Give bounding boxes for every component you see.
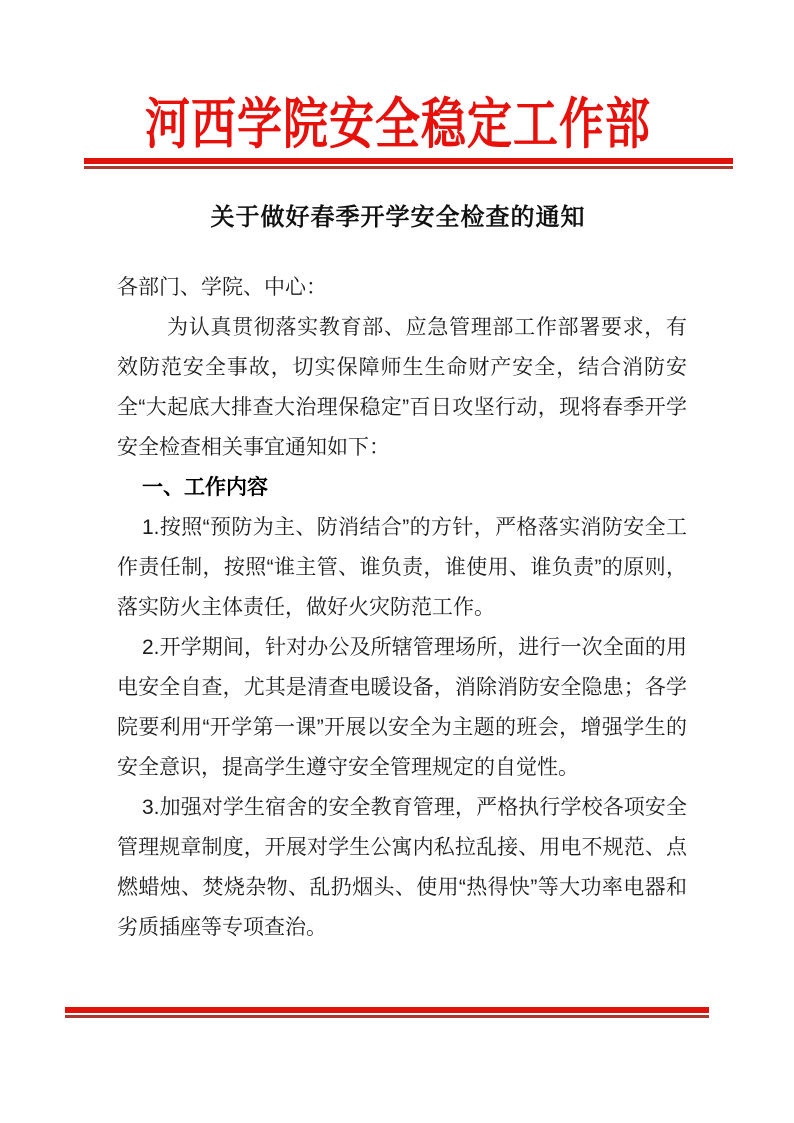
paragraph-item-2: 2.开学期间，针对办公及所辖管理场所，进行一次全面的用电安全自查，尤其是清查电暖… — [117, 628, 687, 788]
section-heading-work-content: 一、工作内容 — [117, 468, 687, 508]
footer-rule — [65, 1007, 709, 1018]
salutation: 各部门、学院、中心： — [117, 268, 687, 308]
document-title: 关于做好春季开学安全检查的通知 — [62, 197, 734, 232]
header-rule-thin-line — [84, 166, 733, 169]
footer-rule-thin-line — [65, 1015, 709, 1018]
paragraph-intro: 为认真贯彻落实教育部、应急管理部工作部署要求，有效防范安全事故，切实保障师生生命… — [117, 308, 687, 468]
document-body: 各部门、学院、中心： 为认真贯彻落实教育部、应急管理部工作部署要求，有效防范安全… — [117, 268, 687, 948]
paragraph-item-3: 3.加强对学生宿舍的安全教育管理，严格执行学校各项安全管理规章制度，开展对学生公… — [117, 788, 687, 948]
letterhead-department-title: 河西学院安全稳定工作部 — [62, 94, 734, 154]
document-page: 河西学院安全稳定工作部 关于做好春季开学安全检查的通知 各部门、学院、中心： 为… — [0, 0, 794, 1123]
header-rule — [84, 158, 733, 169]
paragraph-item-1: 1.按照“预防为主、防消结合”的方针，严格落实消防安全工作责任制，按照“谁主管、… — [117, 508, 687, 628]
